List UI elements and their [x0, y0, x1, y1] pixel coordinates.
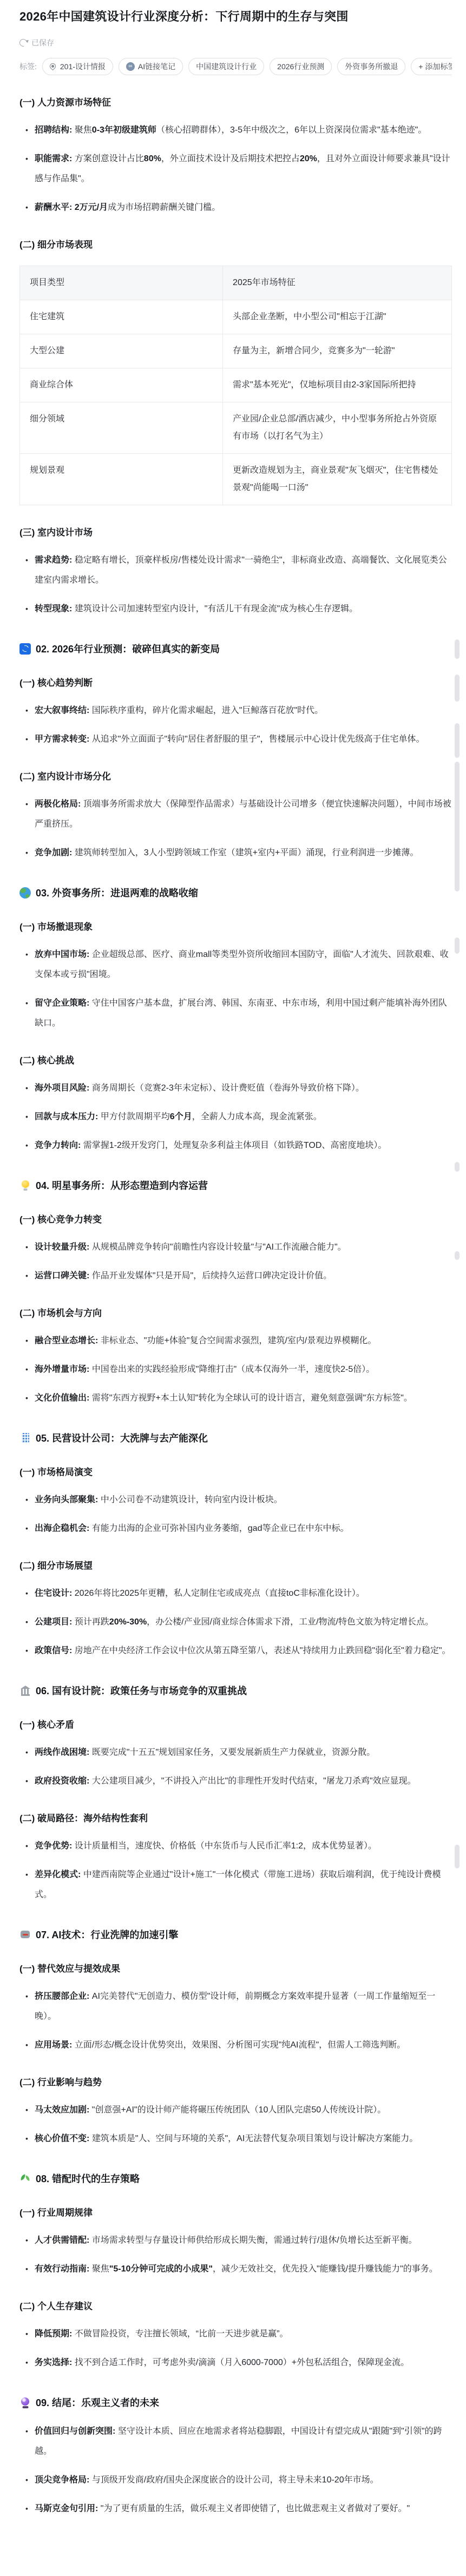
bullet-item: •价值回归与创新突围: 坚守设计本质、回应在地需求者将站稳脚跟，中国设计有望完成… — [19, 2421, 452, 2461]
bullet-segment: 从规模品牌竞争转向"前瞻性内容设计较量"与"AI工作流融合能力"。 — [92, 1243, 346, 1252]
bullet-label: 应用场景: — [35, 2040, 75, 2050]
bullet-segment: 设计质量相当，速度快、价格低（中东货币与人民币汇率1:2，成本优势显著）。 — [75, 1841, 377, 1851]
bullet-item: •人才供需错配: 市场需求转型与存量设计师供给形成长期失衡，需通过转行/退休/负… — [19, 2230, 452, 2250]
bullet-marker: • — [19, 2129, 35, 2149]
subsection-heading: (二) 室内设计市场分化 — [19, 769, 452, 782]
bullet-segment: ，减少无效社交，优先投入"能赚钱/提升赚钱能力"的事务。 — [213, 2264, 438, 2274]
bullet-segment: ，办公楼/产业园/商业综合体需求下滑，工业/物流/特色文旅为特定增长点。 — [147, 1617, 434, 1627]
bullet-text: 设计较量升级: 从规模品牌竞争转向"前瞻性内容设计较量"与"AI工作流融合能力"… — [35, 1237, 452, 1257]
globe-icon — [19, 887, 31, 899]
table-row: 住宅建筑头部企业垄断，中小型公司"相忘于江湖" — [20, 300, 452, 334]
bullet-marker: • — [19, 729, 35, 749]
bullet-segment: 大公建项目减少，"不讲投入产出比"的非理性开发时代结束，"屠龙刀杀鸡"效应显现。 — [92, 1776, 416, 1786]
table-row: 细分领域产业园/企业总部/酒店减少，中小型事务所抢占外资原有市场（以打名气为主） — [20, 402, 452, 454]
bullet-segment: 聚焦 — [75, 126, 92, 135]
table-cell: 大型公建 — [20, 334, 223, 368]
bullet-item: •竞争加剧: 建筑师转型加入，3人小型跨领域工作室（建筑+室内+平面）涌现，行业… — [19, 843, 452, 863]
bullet-segment: 聚焦 — [92, 2264, 109, 2274]
scroll-mark — [455, 675, 460, 702]
bullet-marker: • — [19, 1107, 35, 1127]
bullet-segment: 中小公司卷不动建筑设计，转向室内设计板块。 — [101, 1495, 283, 1504]
bullet-item: •融合型业态增长: 非标业态、"功能+体验"复合空间需求强烈，建筑/室内/景观边… — [19, 1331, 452, 1351]
bullet-text: 需求趋势: 稳定略有增长，顶豪样板房/售楼处设计需求"一骑绝尘"，非标商业改造、… — [35, 550, 452, 590]
scroll-mark — [455, 937, 460, 954]
bullet-marker: • — [19, 944, 35, 985]
section-title: 09. 结尾：乐观主义者的未来 — [36, 2395, 159, 2409]
bullet-marker: • — [19, 701, 35, 721]
bullet-item: •回款与成本压力: 甲方付款周期平均6个月，全薪人力成本高，现金流紧张。 — [19, 1107, 452, 1127]
table-row: 大型公建存量为主，新增合同少，竞赛多为"一轮游" — [20, 334, 452, 368]
bullet-text: 薪酬水平: 2万元/月成为市场招聘薪酬关键门槛。 — [35, 197, 452, 217]
bullet-text: 两线作战困境: 既要完成"十五五"规划国家任务，又要发展新质生产力保就业，资源分… — [35, 1742, 452, 1762]
bullet-marker: • — [19, 1490, 35, 1510]
bullet-item: •业务向头部聚集: 中小公司卷不动建筑设计，转向室内设计板块。 — [19, 1490, 452, 1510]
bullet-segment: 房地产在中央经济工作会议中位次从第五降至第八，表述从"持续用力止跌回稳"弱化至"… — [75, 1646, 451, 1655]
tag-ai-link-note[interactable]: AI链接笔记 — [119, 58, 183, 75]
bullet-marker: • — [19, 1612, 35, 1632]
bullet-segment: 有能力出海的企业可弥补国内业务萎缩，gad等企业已在中东中标。 — [92, 1524, 349, 1533]
bullet-label: 竞争加剧: — [35, 848, 75, 857]
bulb-icon — [19, 1180, 31, 1191]
bullet-label: 住宅设计: — [35, 1589, 75, 1598]
scroll-mark — [455, 1845, 460, 1868]
scroll-mark — [455, 762, 460, 891]
bullet-text: 竞争优势: 设计质量相当，速度快、价格低（中东货币与人民币汇率1:2，成本优势显… — [35, 1836, 452, 1856]
bullet-label: 宏大叙事终结: — [35, 706, 92, 715]
save-status: 已保存 — [19, 37, 452, 48]
document-body: (一) 人力资源市场特征•招聘结构: 聚焦0-3年初级建筑师（核心招聘群体），3… — [19, 95, 452, 2519]
table-cell: 存量为主，新增合同少，竞赛多为"一轮游" — [223, 334, 452, 368]
bullet-item: •两线作战困境: 既要完成"十五五"规划国家任务，又要发展新质生产力保就业，资源… — [19, 1742, 452, 1762]
scroll-mark — [455, 1251, 460, 1260]
bullet-segment: "为了更有质量的生活，做乐观主义者即使错了，也比做悲观主义者做对了要好。" — [101, 2504, 410, 2513]
bullet-item: •公建项目: 预计再跌20%-30%，办公楼/产业园/商业综合体需求下滑，工业/… — [19, 1612, 452, 1632]
tags-label: 标签: — [19, 61, 37, 72]
subsection-heading: (二) 个人生存建议 — [19, 2298, 452, 2312]
bullet-label: 需求趋势: — [35, 556, 75, 565]
bullet-text: 招聘结构: 聚焦0-3年初级建筑师（核心招聘群体），3-5年中级次之，6年以上资… — [35, 120, 452, 140]
bullet-label: 竞争力转向: — [35, 1141, 83, 1150]
bullet-marker: • — [19, 599, 35, 619]
bullet-label: 融合型业态增长: — [35, 1336, 101, 1345]
table-cell: 细分领域 — [20, 402, 223, 454]
table-cell: 产业园/企业总部/酒店减少，中小型事务所抢占外资原有市场（以打名气为主） — [223, 402, 452, 454]
bullet-label: 文化价值输出: — [35, 1393, 92, 1403]
bullet-marker: • — [19, 2035, 35, 2055]
section-heading: 03. 外资事务所：进退两难的战略收缩 — [19, 886, 452, 900]
table-row: 规划景观更新改造规划为主，商业景观"灰飞烟灭"，住宅售楼处景观"尚能喝一口汤" — [20, 454, 452, 505]
bullet-marker: • — [19, 1388, 35, 1408]
subsection-heading: (二) 破局路径：海外结构性套利 — [19, 1811, 452, 1824]
bullet-label: 转型现象: — [35, 604, 75, 613]
bullet-label: 差异化模式: — [35, 1870, 83, 1879]
bullet-marker: • — [19, 1518, 35, 1538]
bullet-segment: 中建西南院等企业通过"设计+施工"一体化模式（带施工进场）获取后端利润，优于纯设… — [35, 1870, 441, 1899]
robot-icon — [19, 1929, 31, 1940]
tag-label: AI链接笔记 — [138, 61, 175, 72]
tag-2026-forecast[interactable]: 2026行业预测 — [270, 58, 332, 75]
bullet-text: 回款与成本压力: 甲方付款周期平均6个月，全薪人力成本高，现金流紧张。 — [35, 1107, 452, 1127]
section-title: 04. 明星事务所：从形态塑造到内容运营 — [36, 1178, 208, 1192]
bullet-label: 回款与成本压力: — [35, 1112, 101, 1121]
bullet-text: 甲方需求转变: 从追求"外立面面子"转向"居住者舒服的里子"，售楼展示中心设计优… — [35, 729, 452, 749]
bullet-marker: • — [19, 2499, 35, 2519]
bullet-item: •住宅设计: 2026年将比2025年更糟，私人定制住宅或成亮点（直接toC非标… — [19, 1583, 452, 1603]
bullet-marker: • — [19, 2259, 35, 2279]
bullet-text: 竞争力转向: 需掌握1-2级开发窍门，处理复杂多利益主体项目（如铁路TOD、高密… — [35, 1135, 452, 1155]
bullet-item: •政府投资收缩: 大公建项目减少，"不讲投入产出比"的非理性开发时代结束，"屠龙… — [19, 1771, 452, 1791]
table-cell: 更新改造规划为主，商业景观"灰飞烟灭"，住宅售楼处景观"尚能喝一口汤" — [223, 454, 452, 505]
table-cell: 头部企业垄断，中小型公司"相忘于江湖" — [223, 300, 452, 334]
table-cell: 需求"基本死光"，仅地标项目由2-3家国际所把持 — [223, 368, 452, 402]
bullet-label: 务实选择: — [35, 2358, 75, 2367]
bullet-segment: 立面/形态/概念设计优势突出，效果图、分析图可实现"纯AI流程"，但需人工筛选判… — [75, 2040, 405, 2050]
bullet-marker: • — [19, 2421, 35, 2461]
bullet-item: •有效行动指南: 聚焦"5-10分钟可完成的小成果"，减少无效社交，优先投入"能… — [19, 2259, 452, 2279]
tag-label: 201-设计情报 — [60, 61, 106, 72]
bullet-text: 公建项目: 预计再跌20%-30%，办公楼/产业园/商业综合体需求下滑，工业/物… — [35, 1612, 452, 1632]
bullet-segment: "创意强+AI"的设计师产能将碾压传统团队（10人团队完虐50人传统设计院）。 — [92, 2105, 386, 2115]
bullet-label: 两线作战困境: — [35, 1748, 92, 1757]
refresh-icon — [19, 643, 31, 655]
bullet-label: 出海企稳机会: — [35, 1524, 92, 1533]
section-heading: 06. 国有设计院：政策任务与市场竞争的双重挑战 — [19, 1683, 452, 1697]
tag-label: 2026行业预测 — [277, 61, 324, 72]
bullet-item: •两极化格局: 顶端事务所需求放大（保障型作品需求）与基础设计公司增多（便宜快速… — [19, 794, 452, 834]
bullet-segment: 需将"东西方视野+本土认知"转化为全球认可的设计语言，避免刻意强调"东方标签"。 — [92, 1393, 412, 1403]
subsection-heading: (二) 细分市场展望 — [19, 1558, 452, 1571]
bullet-item: •需求趋势: 稳定略有增长，顶豪样板房/售楼处设计需求"一骑绝尘"，非标商业改造… — [19, 550, 452, 590]
save-status-text: 已保存 — [31, 37, 54, 48]
link-icon — [126, 62, 135, 71]
tag-label: 外资事务所撤退 — [345, 61, 398, 72]
subsection-heading: (一) 行业周期规律 — [19, 2205, 452, 2218]
bullet-segment: 作品开业发媒体"只是开局"，后续持久运营口碑决定设计价值。 — [92, 1271, 332, 1280]
bank-icon — [19, 1685, 31, 1696]
bullet-label: 马太效应加剧: — [35, 2105, 92, 2115]
bullet-text: 转型现象: 建筑设计公司加速转型室内设计，"有活儿干有现金流"成为核心生存逻辑。 — [35, 599, 452, 619]
bullet-segment: 守住中国客户基本盘，扩展台湾、韩国、东南亚、中东市场，利用中国过剩产能填补海外团… — [35, 999, 447, 1028]
bullet-segment: ，外立面技术设计及后期技术把控占 — [161, 154, 300, 163]
scroll-mark — [455, 723, 460, 758]
bullet-text: 政策信号: 房地产在中央经济工作会议中位次从第五降至第八，表述从"持续用力止跌回… — [35, 1641, 452, 1661]
page-title: 2026年中国建筑设计行业深度分析：下行周期中的生存与突围 — [19, 8, 452, 25]
bullet-segment: 建筑设计公司加速转型室内设计，"有活儿干有现金流"成为核心生存逻辑。 — [75, 604, 358, 613]
section-heading: 04. 明星事务所：从形态塑造到内容运营 — [19, 1178, 452, 1192]
bullet-label: 海外增量市场: — [35, 1365, 92, 1374]
bullet-segment: 需掌握1-2级开发窍门，处理复杂多利益主体项目（如铁路TOD、高密度地块）。 — [83, 1141, 387, 1150]
tag-201-design-intel[interactable]: 201-设计情报 — [42, 58, 113, 75]
bullet-text: 放弃中国市场: 企业超级总部、医疗、商业mall等类型外资所收缩回本国防守，面临… — [35, 944, 452, 985]
bullet-segment: 与顶级开发商/政府/国央企深度嵌合的设计公司，将主导未来10-20年市场。 — [92, 2475, 379, 2485]
tag-list: 201-设计情报AI链接笔记中国建筑设计行业2026行业预测外资事务所撤退+ 添… — [42, 58, 452, 75]
tag-foreign-firm-retreat[interactable]: 外资事务所撤退 — [337, 58, 405, 75]
bullet-segment: 市场需求转型与存量设计师供给形成长期失衡，需通过转行/退休/负增长达至新平衡。 — [92, 2236, 417, 2245]
bullet-label: 核心价值不变: — [35, 2134, 92, 2143]
subsection-heading: (二) 核心挑战 — [19, 1053, 452, 1066]
bullet-text: 海外增量市场: 中国卷出来的实践经验形成"降维打击"（成本仅海外一半，速度快2-… — [35, 1359, 452, 1379]
bullet-segment: 商务周期长（竞赛2-3年未定标）、设计费贬值（卷海外导致价格下降）。 — [92, 1084, 364, 1093]
table-header-row: 项目类型2025年市场特征 — [20, 266, 452, 300]
bullet-item: •放弃中国市场: 企业超级总部、医疗、商业mall等类型外资所收缩回本国防守，面… — [19, 944, 452, 985]
bullet-item: •设计较量升级: 从规模品牌竞争转向"前瞻性内容设计较量"与"AI工作流融合能力… — [19, 1237, 452, 1257]
bullet-marker: • — [19, 1836, 35, 1856]
bullet-item: •文化价值输出: 需将"东西方视野+本土认知"转化为全球认可的设计语言，避免刻意… — [19, 1388, 452, 1408]
bullet-marker: • — [19, 843, 35, 863]
tag-china-arch-industry[interactable]: 中国建筑设计行业 — [188, 58, 264, 75]
section-heading: 07. AI技术：行业洗牌的加速引擎 — [19, 1927, 452, 1941]
bullet-marker: • — [19, 1359, 35, 1379]
bullet-label: 人才供需错配: — [35, 2236, 92, 2245]
subsection-heading: (二) 细分市场表现 — [19, 237, 452, 250]
bullet-text: 两极化格局: 顶端事务所需求放大（保障型作品需求）与基础设计公司增多（便宜快速解… — [35, 794, 452, 834]
bullet-marker: • — [19, 1742, 35, 1762]
bullet-marker: • — [19, 1583, 35, 1603]
bullet-marker: • — [19, 1865, 35, 1905]
subsection-heading: (二) 市场机会与方向 — [19, 1305, 452, 1319]
bullet-marker: • — [19, 2230, 35, 2250]
subsection-heading: (一) 市场撤退现象 — [19, 919, 452, 933]
bullet-label: 降低预期: — [35, 2329, 75, 2339]
bullet-item: •甲方需求转变: 从追求"外立面面子"转向"居住者舒服的里子"，售楼展示中心设计… — [19, 729, 452, 749]
bullet-text: 马太效应加剧: "创意强+AI"的设计师产能将碾压传统团队（10人团队完虐50人… — [35, 2100, 452, 2120]
bullet-text: 宏大叙事终结: 国际秩序重构，碎片化需求崛起，进入"巨鲸落百花放"时代。 — [35, 701, 452, 721]
bullet-label: 马斯克金句引用: — [35, 2504, 101, 2513]
bullet-segment: 预计再跌 — [75, 1617, 109, 1627]
note-page: 2026年中国建筑设计行业深度分析：下行周期中的生存与突围 已保存 标签: 20… — [0, 0, 466, 2576]
bullet-text: 出海企稳机会: 有能力出海的企业可弥补国内业务萎缩，gad等企业已在中东中标。 — [35, 1518, 452, 1538]
bullet-marker: • — [19, 1237, 35, 1257]
section-title: 08. 错配时代的生存策略 — [36, 2171, 140, 2185]
bullet-marker: • — [19, 2324, 35, 2344]
bullet-marker: • — [19, 1135, 35, 1155]
subsection-heading: (二) 行业影响与趋势 — [19, 2075, 452, 2088]
bullet-item: •马太效应加剧: "创意强+AI"的设计师产能将碾压传统团队（10人团队完虐50… — [19, 2100, 452, 2120]
table-cell: 规划景观 — [20, 454, 223, 505]
bullet-label: 留守企业策略: — [35, 999, 92, 1008]
bullet-segment: 从追求"外立面面子"转向"居住者舒服的里子"，售楼展示中心设计优先级高于住宅单体… — [92, 735, 425, 744]
bullet-segment: （核心招聘群体），3-5年中级次之，6年以上资深岗位需求"基本绝迹"。 — [156, 126, 426, 135]
bullet-segment: 20%-30% — [109, 1617, 147, 1627]
bullet-segment: 80% — [144, 154, 161, 163]
bullet-item: •转型现象: 建筑设计公司加速转型室内设计，"有活儿干有现金流"成为核心生存逻辑… — [19, 599, 452, 619]
table-cell: 商业综合体 — [20, 368, 223, 402]
bullet-text: 马斯克金句引用: "为了更有质量的生活，做乐观主义者即使错了，也比做悲观主义者做… — [35, 2499, 452, 2519]
bullet-marker: • — [19, 2353, 35, 2373]
bullet-label: 放弃中国市场: — [35, 950, 92, 959]
bullet-label: 海外项目风险: — [35, 1084, 92, 1093]
bullet-marker: • — [19, 1641, 35, 1661]
bullet-item: •宏大叙事终结: 国际秩序重构，碎片化需求崛起，进入"巨鲸落百花放"时代。 — [19, 701, 452, 721]
table-header-cell: 2025年市场特征 — [223, 266, 452, 300]
bullet-segment: 方案创意设计占比 — [75, 154, 144, 163]
bullet-label: 设计较量升级: — [35, 1243, 92, 1252]
bullet-segment: 成为市场招聘薪酬关键门槛。 — [108, 203, 220, 212]
bullet-text: 应用场景: 立面/形态/概念设计优势突出，效果图、分析图可实现"纯AI流程"，但… — [35, 2035, 452, 2055]
bullet-label: 运营口碑关键: — [35, 1271, 92, 1280]
table-cell: 住宅建筑 — [20, 300, 223, 334]
section-heading: 08. 错配时代的生存策略 — [19, 2171, 452, 2185]
bullet-segment: 企业超级总部、医疗、商业mall等类型外资所收缩回本国防守，面临"人才流失、回款… — [35, 950, 449, 979]
bullet-text: 有效行动指南: 聚焦"5-10分钟可完成的小成果"，减少无效社交，优先投入"能赚… — [35, 2259, 452, 2279]
table-header-cell: 项目类型 — [20, 266, 223, 300]
bullet-text: 竞争加剧: 建筑师转型加入，3人小型跨领域工作室（建筑+室内+平面）涌现，行业利… — [35, 843, 452, 863]
bullet-segment: 稳定略有增长，顶豪样板房/售楼处设计需求"一骑绝尘"，非标商业改造、高端餐饮、文… — [35, 556, 447, 585]
subsection-heading: (三) 室内设计市场 — [19, 525, 452, 538]
bullet-segment: 非标业态、"功能+体验"复合空间需求强烈，建筑/室内/景观边界模糊化。 — [101, 1336, 377, 1345]
add-tag-button[interactable]: + 添加标签 — [411, 58, 452, 75]
subsection-heading: (一) 核心趋势判断 — [19, 675, 452, 689]
bullet-text: 顶尖竞争格局: 与顶级开发商/政府/国央企深度嵌合的设计公司，将主导未来10-2… — [35, 2470, 452, 2490]
bullet-segment: 建筑本质是"人、空间与环境的关系"，AI无法替代复杂项目策划与设计解决方案能力。 — [92, 2134, 418, 2143]
bullet-label: 价值回归与创新突围: — [35, 2427, 118, 2436]
subsection-heading: (一) 核心竞争力转变 — [19, 1212, 452, 1225]
data-table: 项目类型2025年市场特征住宅建筑头部企业垄断，中小型公司"相忘于江湖"大型公建… — [19, 266, 452, 505]
section-title: 05. 民营设计公司：大洗牌与去产能深化 — [36, 1431, 208, 1445]
bullet-text: 核心价值不变: 建筑本质是"人、空间与环境的关系"，AI无法替代复杂项目策划与设… — [35, 2129, 452, 2149]
bullet-segment: 20% — [300, 154, 317, 163]
bullet-segment: 2026年将比2025年更糟，私人定制住宅或成亮点（直接toC非标准化设计）。 — [75, 1589, 365, 1598]
bullet-item: •顶尖竞争格局: 与顶级开发商/政府/国央企深度嵌合的设计公司，将主导未来10-… — [19, 2470, 452, 2490]
bullet-text: 差异化模式: 中建西南院等企业通过"设计+施工"一体化模式（带施工进场）获取后端… — [35, 1865, 452, 1905]
bullet-label: 政策信号: — [35, 1646, 75, 1655]
bullet-marker: • — [19, 1331, 35, 1351]
tag-label: 中国建筑设计行业 — [196, 61, 257, 72]
bullet-segment: 顶端事务所需求放大（保障型作品需求）与基础设计公司增多（便宜快速解决问题），中间… — [35, 800, 451, 829]
bullet-label: 政府投资收缩: — [35, 1776, 92, 1786]
bullet-item: •差异化模式: 中建西南院等企业通过"设计+施工"一体化模式（带施工进场）获取后… — [19, 1865, 452, 1905]
bullet-segment: 6个月 — [170, 1112, 192, 1121]
subsection-heading: (一) 人力资源市场特征 — [19, 95, 452, 108]
bullet-item: •马斯克金句引用: "为了更有质量的生活，做乐观主义者即使错了，也比做悲观主义者… — [19, 2499, 452, 2519]
subsection-heading: (一) 核心矛盾 — [19, 1717, 452, 1730]
bullet-marker: • — [19, 2470, 35, 2490]
bullet-item: •海外项目风险: 商务周期长（竞赛2-3年未定标）、设计费贬值（卷海外导致价格下… — [19, 1078, 452, 1098]
bullet-marker: • — [19, 2100, 35, 2120]
subsection-heading: (一) 市场格局演变 — [19, 1464, 452, 1478]
bullet-item: •竞争力转向: 需掌握1-2级开发窍门，处理复杂多利益主体项目（如铁路TOD、高… — [19, 1135, 452, 1155]
bullet-marker: • — [19, 993, 35, 1033]
crystal-icon — [19, 2397, 31, 2408]
bullet-item: •务实选择: 找不到合适工作时，可考虑外卖/滴滴（月入6000-7000）+外包… — [19, 2353, 452, 2373]
section-title: 02. 2026年行业预测：破碎但真实的新变局 — [36, 642, 220, 656]
bullet-segment: AI完美替代"无创造力、模仿型"设计师，前期概念方案效率提升显著（一周工作量缩短… — [35, 1992, 435, 2021]
bullet-marker: • — [19, 1771, 35, 1791]
bullet-marker: • — [19, 794, 35, 834]
bullet-item: •薪酬水平: 2万元/月成为市场招聘薪酬关键门槛。 — [19, 197, 452, 217]
bullet-item: •职能需求: 方案创意设计占比80%，外立面技术设计及后期技术把控占20%，且对… — [19, 149, 452, 189]
building-icon — [19, 1432, 31, 1444]
bullet-label: 顶尖竞争格局: — [35, 2475, 92, 2485]
bullet-label: 招聘结构: — [35, 126, 75, 135]
bullet-text: 住宅设计: 2026年将比2025年更糟，私人定制住宅或成亮点（直接toC非标准… — [35, 1583, 452, 1603]
bullet-text: 价值回归与创新突围: 坚守设计本质、回应在地需求者将站稳脚跟，中国设计有望完成从… — [35, 2421, 452, 2461]
location-pin-icon — [49, 62, 57, 70]
bullet-segment: 甲方付款周期平均 — [101, 1112, 170, 1121]
bullet-marker: • — [19, 1266, 35, 1286]
table-row: 商业综合体需求"基本死光"，仅地标项目由2-3家国际所把持 — [20, 368, 452, 402]
bullet-marker: • — [19, 550, 35, 590]
bullet-text: 留守企业策略: 守住中国客户基本盘，扩展台湾、韩国、东南亚、中东市场，利用中国过… — [35, 993, 452, 1033]
sync-icon — [18, 37, 28, 48]
bullet-item: •降低预期: 不做冒险投资，专注擅长领域，“比前一天进步就是赢”。 — [19, 2324, 452, 2344]
section-heading: 09. 结尾：乐观主义者的未来 — [19, 2395, 452, 2409]
scroll-mark — [455, 639, 460, 659]
bullet-text: 职能需求: 方案创意设计占比80%，外立面技术设计及后期技术把控占20%，且对外… — [35, 149, 452, 189]
section-title: 06. 国有设计院：政策任务与市场竞争的双重挑战 — [36, 1683, 247, 1697]
bullet-marker: • — [19, 1078, 35, 1098]
bullet-label: 竞争优势: — [35, 1841, 75, 1851]
section-heading: 05. 民营设计公司：大洗牌与去产能深化 — [19, 1431, 452, 1445]
bullet-item: •运营口碑关键: 作品开业发媒体"只是开局"，后续持久运营口碑决定设计价值。 — [19, 1266, 452, 1286]
bullet-marker: • — [19, 197, 35, 217]
seedling-icon — [19, 2173, 31, 2184]
bullet-item: •竞争优势: 设计质量相当，速度快、价格低（中东货币与人民币汇率1:2，成本优势… — [19, 1836, 452, 1856]
bullet-segment: 中国卷出来的实践经验形成"降维打击"（成本仅海外一半，速度快2-5倍）。 — [92, 1365, 375, 1374]
bullet-label: 薪酬水平: — [35, 203, 75, 212]
bullet-item: •海外增量市场: 中国卷出来的实践经验形成"降维打击"（成本仅海外一半，速度快2… — [19, 1359, 452, 1379]
bullet-text: 人才供需错配: 市场需求转型与存量设计师供给形成长期失衡，需通过转行/退休/负增… — [35, 2230, 452, 2250]
bullet-text: 务实选择: 找不到合适工作时，可考虑外卖/滴滴（月入6000-7000）+外包私… — [35, 2353, 452, 2373]
bullet-label: 职能需求: — [35, 154, 75, 163]
scroll-mark — [455, 1162, 460, 1172]
bullet-text: 挤压腰部企业: AI完美替代"无创造力、模仿型"设计师，前期概念方案效率提升显著… — [35, 1986, 452, 2026]
tags-bar: 标签: 201-设计情报AI链接笔记中国建筑设计行业2026行业预测外资事务所撤… — [19, 58, 452, 75]
bullet-item: •招聘结构: 聚焦0-3年初级建筑师（核心招聘群体），3-5年中级次之，6年以上… — [19, 120, 452, 140]
bullet-marker: • — [19, 120, 35, 140]
bullet-segment: "5-10分钟可完成的小成果" — [109, 2264, 213, 2274]
bullet-label: 公建项目: — [35, 1617, 75, 1627]
bullet-item: •政策信号: 房地产在中央经济工作会议中位次从第五降至第八，表述从"持续用力止跌… — [19, 1641, 452, 1661]
section-title: 03. 外资事务所：进退两难的战略收缩 — [36, 886, 198, 900]
bullet-item: •挤压腰部企业: AI完美替代"无创造力、模仿型"设计师，前期概念方案效率提升显… — [19, 1986, 452, 2026]
bullet-label: 有效行动指南: — [35, 2264, 92, 2274]
tag-label: + 添加标签 — [418, 61, 452, 72]
bullet-label: 业务向头部聚集: — [35, 1495, 101, 1504]
bullet-item: •留守企业策略: 守住中国客户基本盘，扩展台湾、韩国、东南亚、中东市场，利用中国… — [19, 993, 452, 1033]
bullet-segment: ，全薪人力成本高，现金流紧张。 — [192, 1112, 322, 1121]
bullet-item: •出海企稳机会: 有能力出海的企业可弥补国内业务萎缩，gad等企业已在中东中标。 — [19, 1518, 452, 1538]
bullet-text: 政府投资收缩: 大公建项目减少，"不讲投入产出比"的非理性开发时代结束，"屠龙刀… — [35, 1771, 452, 1791]
bullet-marker: • — [19, 1986, 35, 2026]
bullet-text: 降低预期: 不做冒险投资，专注擅长领域，“比前一天进步就是赢”。 — [35, 2324, 452, 2344]
bullet-label: 两极化格局: — [35, 800, 83, 809]
bullet-segment: 0-3年初级建筑师 — [92, 126, 156, 135]
bullet-text: 融合型业态增长: 非标业态、"功能+体验"复合空间需求强烈，建筑/室内/景观边界… — [35, 1331, 452, 1351]
bullet-segment: 不做冒险投资，专注擅长领域，“比前一天进步就是赢”。 — [75, 2329, 288, 2339]
bullet-text: 业务向头部聚集: 中小公司卷不动建筑设计，转向室内设计板块。 — [35, 1490, 452, 1510]
bullet-label: 甲方需求转变: — [35, 735, 92, 744]
bullet-segment: 找不到合适工作时，可考虑外卖/滴滴（月入6000-7000）+外包私活组合，保障… — [75, 2358, 409, 2367]
bullet-segment: 国际秩序重构，碎片化需求崛起，进入"巨鲸落百花放"时代。 — [92, 706, 323, 715]
bullet-item: •核心价值不变: 建筑本质是"人、空间与环境的关系"，AI无法替代复杂项目策划与… — [19, 2129, 452, 2149]
bullet-text: 运营口碑关键: 作品开业发媒体"只是开局"，后续持久运营口碑决定设计价值。 — [35, 1266, 452, 1286]
bullet-text: 文化价值输出: 需将"东西方视野+本土认知"转化为全球认可的设计语言，避免刻意强… — [35, 1388, 452, 1408]
bullet-text: 海外项目风险: 商务周期长（竞赛2-3年未定标）、设计费贬值（卷海外导致价格下降… — [35, 1078, 452, 1098]
bullet-segment: 建筑师转型加入，3人小型跨领域工作室（建筑+室内+平面）涌现，行业利润进一步摊薄… — [75, 848, 419, 857]
bullet-segment: 2万元/月 — [75, 203, 108, 212]
bullet-segment: 既要完成"十五五"规划国家任务，又要发展新质生产力保就业，资源分散。 — [92, 1748, 375, 1757]
section-title: 07. AI技术：行业洗牌的加速引擎 — [36, 1927, 178, 1941]
bullet-marker: • — [19, 149, 35, 189]
section-heading: 02. 2026年行业预测：破碎但真实的新变局 — [19, 642, 452, 656]
subsection-heading: (一) 替代效应与提效成果 — [19, 1961, 452, 1974]
bullet-label: 挤压腰部企业: — [35, 1992, 92, 2001]
bullet-item: •应用场景: 立面/形态/概念设计优势突出，效果图、分析图可实现"纯AI流程"，… — [19, 2035, 452, 2055]
